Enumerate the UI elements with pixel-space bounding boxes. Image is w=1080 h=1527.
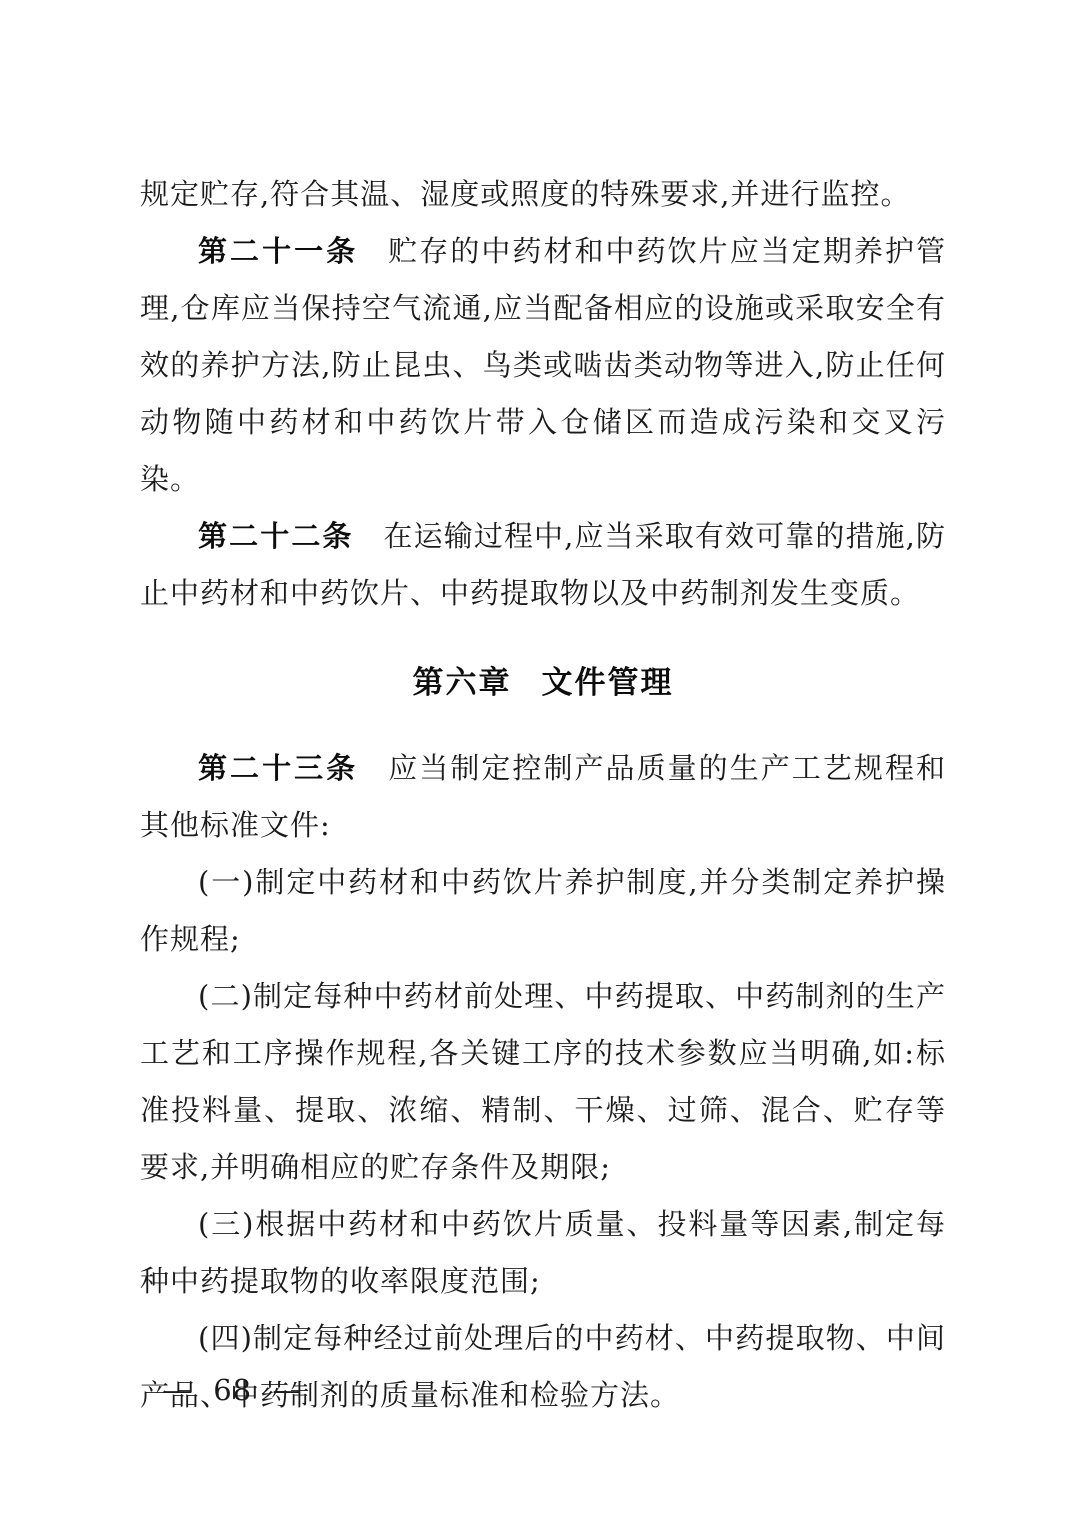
page-number: — 68 —	[163, 1373, 302, 1407]
article-22-paragraph: 第二十二条在运输过程中,应当采取有效可靠的措施,防止中药材和中药饮片、中药提取物…	[140, 508, 946, 622]
article-23-paragraph: 第二十三条应当制定控制产品质量的生产工艺规程和其他标准文件:	[140, 740, 946, 854]
article-21-number: 第二十一条	[198, 234, 358, 268]
paragraph-continuation-text: 规定贮存,符合其温、湿度或照度的特殊要求,并进行监控。	[140, 177, 910, 211]
paragraph-continuation: 规定贮存,符合其温、湿度或照度的特殊要求,并进行监控。	[140, 166, 946, 223]
document-body: 规定贮存,符合其温、湿度或照度的特殊要求,并进行监控。 第二十一条贮存的中药材和…	[140, 166, 946, 1424]
article-21-paragraph: 第二十一条贮存的中药材和中药饮片应当定期养护管理,仓库应当保持空气流通,应当配备…	[140, 223, 946, 508]
list-item-1-text: (一)制定中药材和中药饮片养护制度,并分类制定养护操作规程;	[140, 865, 946, 956]
chapter-title: 文件管理	[542, 665, 674, 701]
article-23-number: 第二十三条	[198, 751, 358, 785]
chapter-heading: 第六章文件管理	[140, 655, 946, 712]
list-item-3-text: (三)根据中药材和中药饮片质量、投料量等因素,制定每种中药提取物的收率限度范围;	[140, 1207, 946, 1298]
document-page: 规定贮存,符合其温、湿度或照度的特殊要求,并进行监控。 第二十一条贮存的中药材和…	[0, 0, 1080, 1527]
list-item-1: (一)制定中药材和中药饮片养护制度,并分类制定养护操作规程;	[140, 854, 946, 968]
list-item-2-text: (二)制定每种中药材前处理、中药提取、中药制剂的生产工艺和工序操作规程,各关键工…	[140, 979, 946, 1184]
article-21-text: 贮存的中药材和中药饮片应当定期养护管理,仓库应当保持空气流通,应当配备相应的设施…	[140, 234, 946, 496]
chapter-number: 第六章	[413, 665, 512, 701]
list-item-2: (二)制定每种中药材前处理、中药提取、中药制剂的生产工艺和工序操作规程,各关键工…	[140, 968, 946, 1196]
list-item-3: (三)根据中药材和中药饮片质量、投料量等因素,制定每种中药提取物的收率限度范围;	[140, 1196, 946, 1310]
article-22-number: 第二十二条	[198, 519, 354, 553]
page-footer: — 68 —	[163, 1366, 302, 1414]
